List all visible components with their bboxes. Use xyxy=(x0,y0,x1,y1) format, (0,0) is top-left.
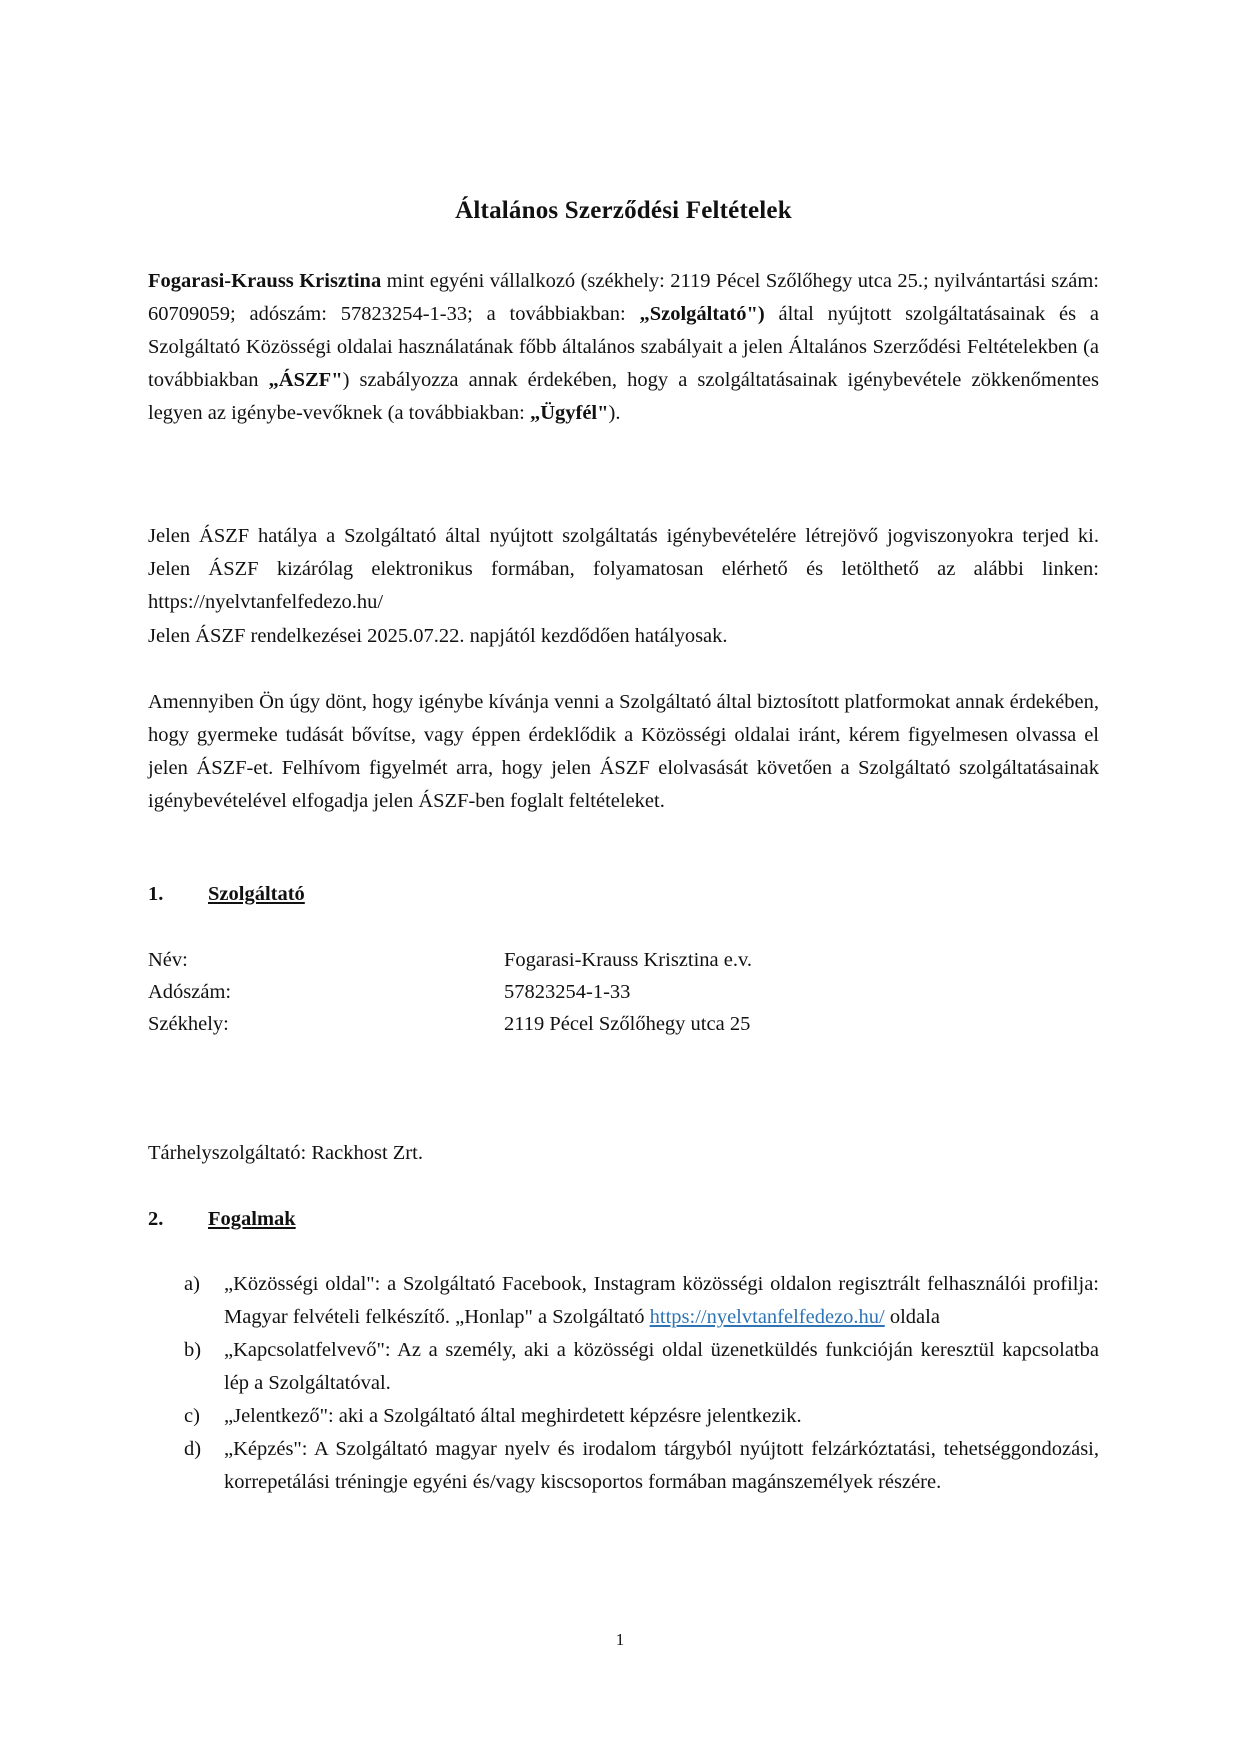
document-title: Általános Szerződési Feltételek xyxy=(148,197,1099,225)
hosting-provider: Tárhelyszolgáltató: Rackhost Zrt. xyxy=(148,1137,1099,1170)
intro-paragraph: Fogarasi-Krauss Krisztina mint egyéni vá… xyxy=(148,265,1099,430)
list-item: c) „Jelentkező": aki a Szolgáltató által… xyxy=(184,1400,1099,1433)
website-link[interactable]: https://nyelvtanfelfedezo.hu/ xyxy=(650,1306,885,1328)
page-number: 1 xyxy=(0,1630,1240,1650)
list-item: a) „Közösségi oldal": a Szolgáltató Face… xyxy=(184,1268,1099,1334)
section-1-heading: 1.Szolgáltató xyxy=(148,878,305,911)
section-2-heading: 2.Fogalmak xyxy=(148,1203,296,1236)
definitions-list: a) „Közösségi oldal": a Szolgáltató Face… xyxy=(184,1268,1099,1499)
scope-paragraph: Jelen ÁSZF hatálya a Szolgáltató által n… xyxy=(148,520,1099,619)
list-item: d) „Képzés": A Szolgáltató magyar nyelv … xyxy=(184,1433,1099,1499)
list-item: b) „Kapcsolatfelvevő": Az a személy, aki… xyxy=(184,1334,1099,1400)
acceptance-paragraph: Amennyiben Ön úgy dönt, hogy igénybe kív… xyxy=(148,686,1099,818)
provider-name: Fogarasi-Krauss Krisztina xyxy=(148,270,381,292)
effective-date-paragraph: Jelen ÁSZF rendelkezései 2025.07.22. nap… xyxy=(148,620,1099,653)
